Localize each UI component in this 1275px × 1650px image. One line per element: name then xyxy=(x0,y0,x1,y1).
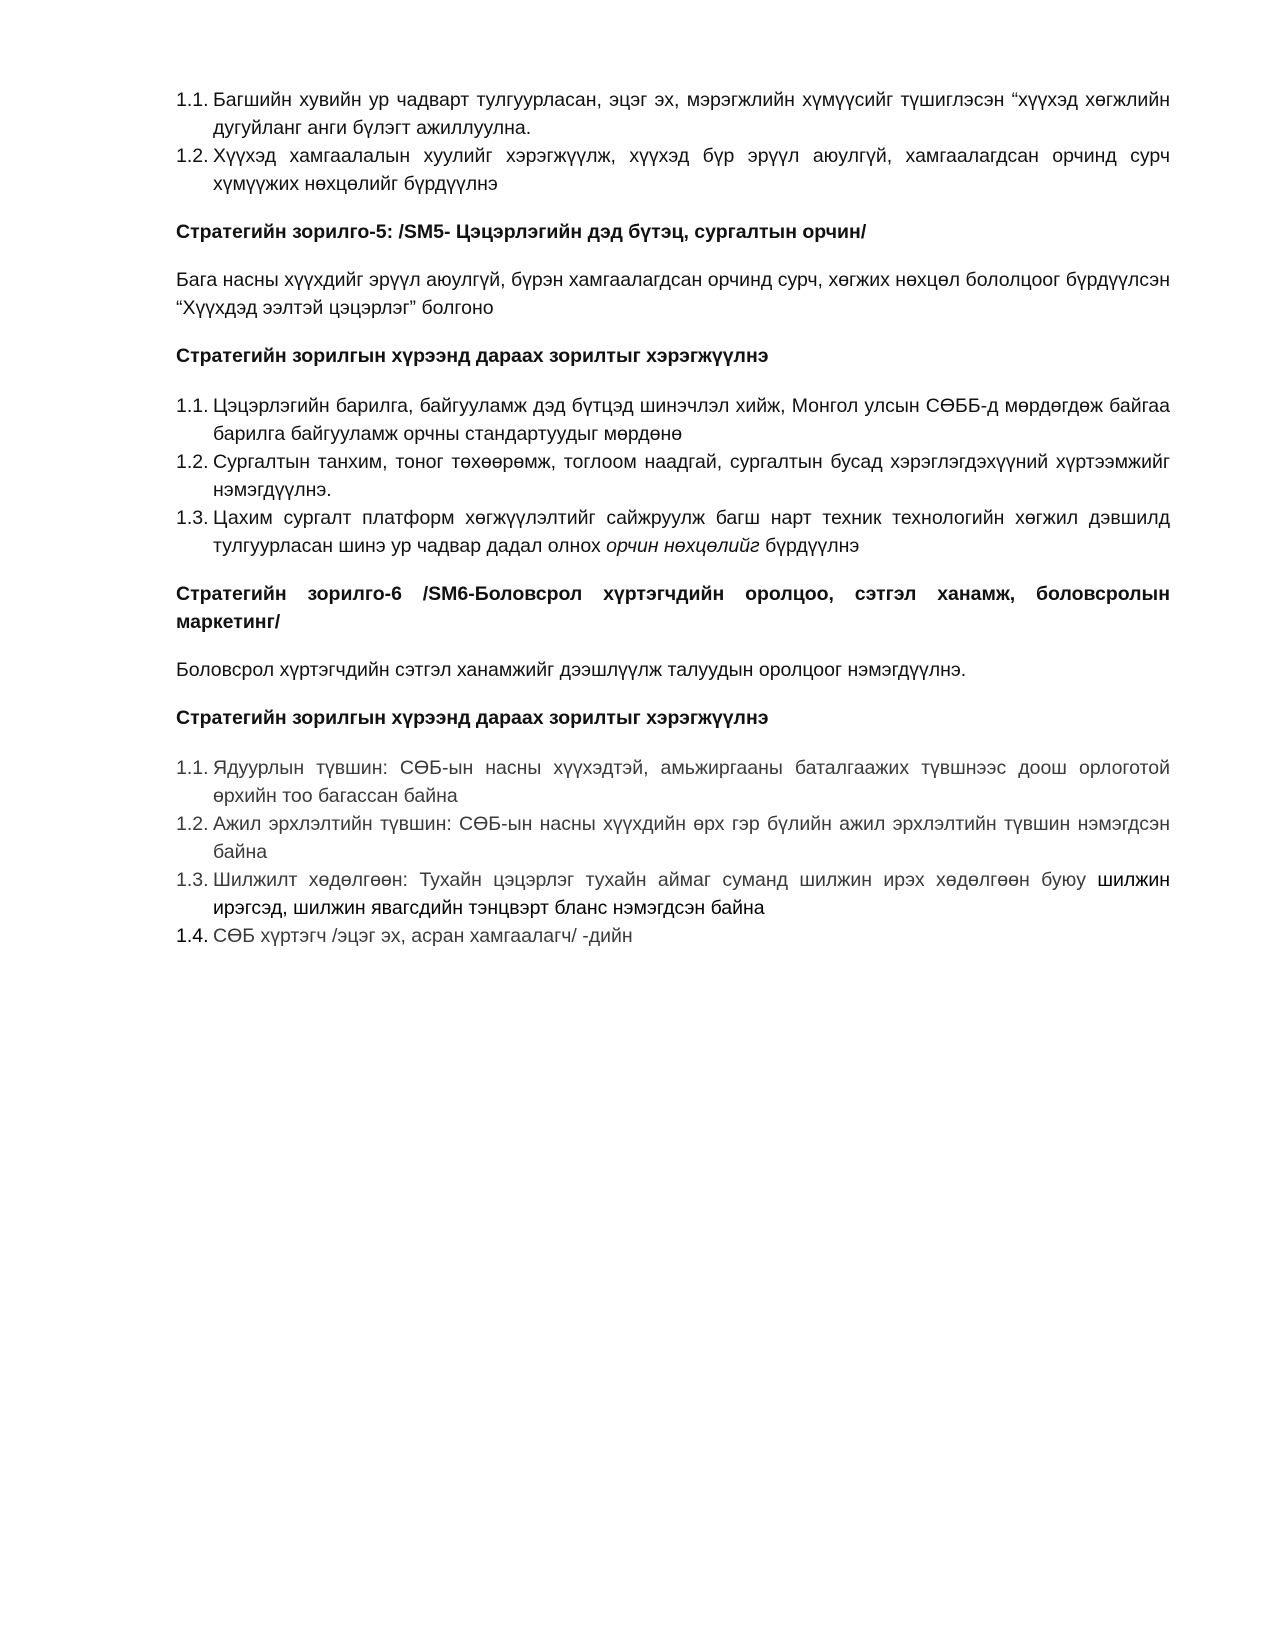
list-item-text: Ядуурлын түвшин: СӨБ-ын насны хүүхэдтэй,… xyxy=(213,757,1170,807)
list-item: 1.1. Цэцэрлэгийн барилга, байгууламж дэд… xyxy=(176,392,1170,448)
goal6-heading: Стратегийн зорилго-6 /SM6-Боловсрол хүрт… xyxy=(176,580,1170,636)
goal5-description: Бага насны хүүхдийг эрүүл аюулгүй, бүрэн… xyxy=(176,266,1170,322)
list-item: 1.3. Шилжилт хөдөлгөөн: Тухайн цэцэрлэг … xyxy=(176,866,1170,922)
list-item-number: 1.1. xyxy=(176,86,213,114)
goal5-subheading: Стратегийн зорилгын хүрээнд дараах зорил… xyxy=(176,342,1170,370)
list-item: 1.2. Хүүхэд хамгаалалын хуулийг хэрэгжүү… xyxy=(176,142,1170,198)
list-item-text: Сургалтын танхим, тоног төхөөрөмж, тогло… xyxy=(213,451,1170,501)
list-item-text: Цэцэрлэгийн барилга, байгууламж дэд бүтц… xyxy=(213,395,1170,445)
list-item: 1.3. Цахим сургалт платформ хөгжүүлэлтий… xyxy=(176,504,1170,560)
list-item-number: 1.2. xyxy=(176,448,213,476)
list-item-number: 1.2. xyxy=(176,810,213,838)
list-item-number: 1.1. xyxy=(176,392,213,420)
list-item-number: 1.3. xyxy=(176,866,213,894)
list-item-number: 1.4. xyxy=(176,922,213,950)
document-page: 1.1. Багшийн хувийн ур чадварт тулгуурла… xyxy=(176,86,1170,950)
goal5-heading: Стратегийн зорилго-5: /SM5- Цэцэрлэгийн … xyxy=(176,218,1170,246)
list-item-text: Багшийн хувийн ур чадварт тулгуурласан, … xyxy=(213,89,1170,139)
list-item-number: 1.2. xyxy=(176,142,213,170)
list-item-text-end: бүрдүүлнэ xyxy=(760,535,860,557)
goal6-subheading: Стратегийн зорилгын хүрээнд дараах зорил… xyxy=(176,704,1170,732)
list-item-text: Шилжилт хөдөлгөөн: Тухайн цэцэрлэг тухай… xyxy=(213,869,1097,891)
list-item-number: 1.1. xyxy=(176,754,213,782)
list-item: 1.1. Ядуурлын түвшин: СӨБ-ын насны хүүхэ… xyxy=(176,754,1170,810)
goal5-objectives-list: 1.1. Цэцэрлэгийн барилга, байгууламж дэд… xyxy=(176,392,1170,560)
list-item: 1.1. Багшийн хувийн ур чадварт тулгуурла… xyxy=(176,86,1170,142)
list-item: 1.2. Сургалтын танхим, тоног төхөөрөмж, … xyxy=(176,448,1170,504)
intro-objectives-list: 1.1. Багшийн хувийн ур чадварт тулгуурла… xyxy=(176,86,1170,198)
list-item: 1.4. СӨБ хүртэгч /эцэг эх, асран хамгаал… xyxy=(176,922,1170,950)
list-item-text: Хүүхэд хамгаалалын хуулийг хэрэгжүүлж, х… xyxy=(213,145,1170,195)
list-item-text: Ажил эрхлэлтийн түвшин: СӨБ-ын насны хүү… xyxy=(213,813,1170,863)
list-item-italic-text: орчин нөхцөлийг xyxy=(606,535,760,557)
list-item-number: 1.3. xyxy=(176,504,213,532)
goal6-description: Боловсрол хүртэгчдийн сэтгэл ханамжийг д… xyxy=(176,656,1170,684)
list-item-text: СӨБ хүртэгч /эцэг эх, асран хамгаалагч/ … xyxy=(213,925,633,947)
list-item: 1.2. Ажил эрхлэлтийн түвшин: СӨБ-ын насн… xyxy=(176,810,1170,866)
goal6-objectives-list: 1.1. Ядуурлын түвшин: СӨБ-ын насны хүүхэ… xyxy=(176,754,1170,950)
